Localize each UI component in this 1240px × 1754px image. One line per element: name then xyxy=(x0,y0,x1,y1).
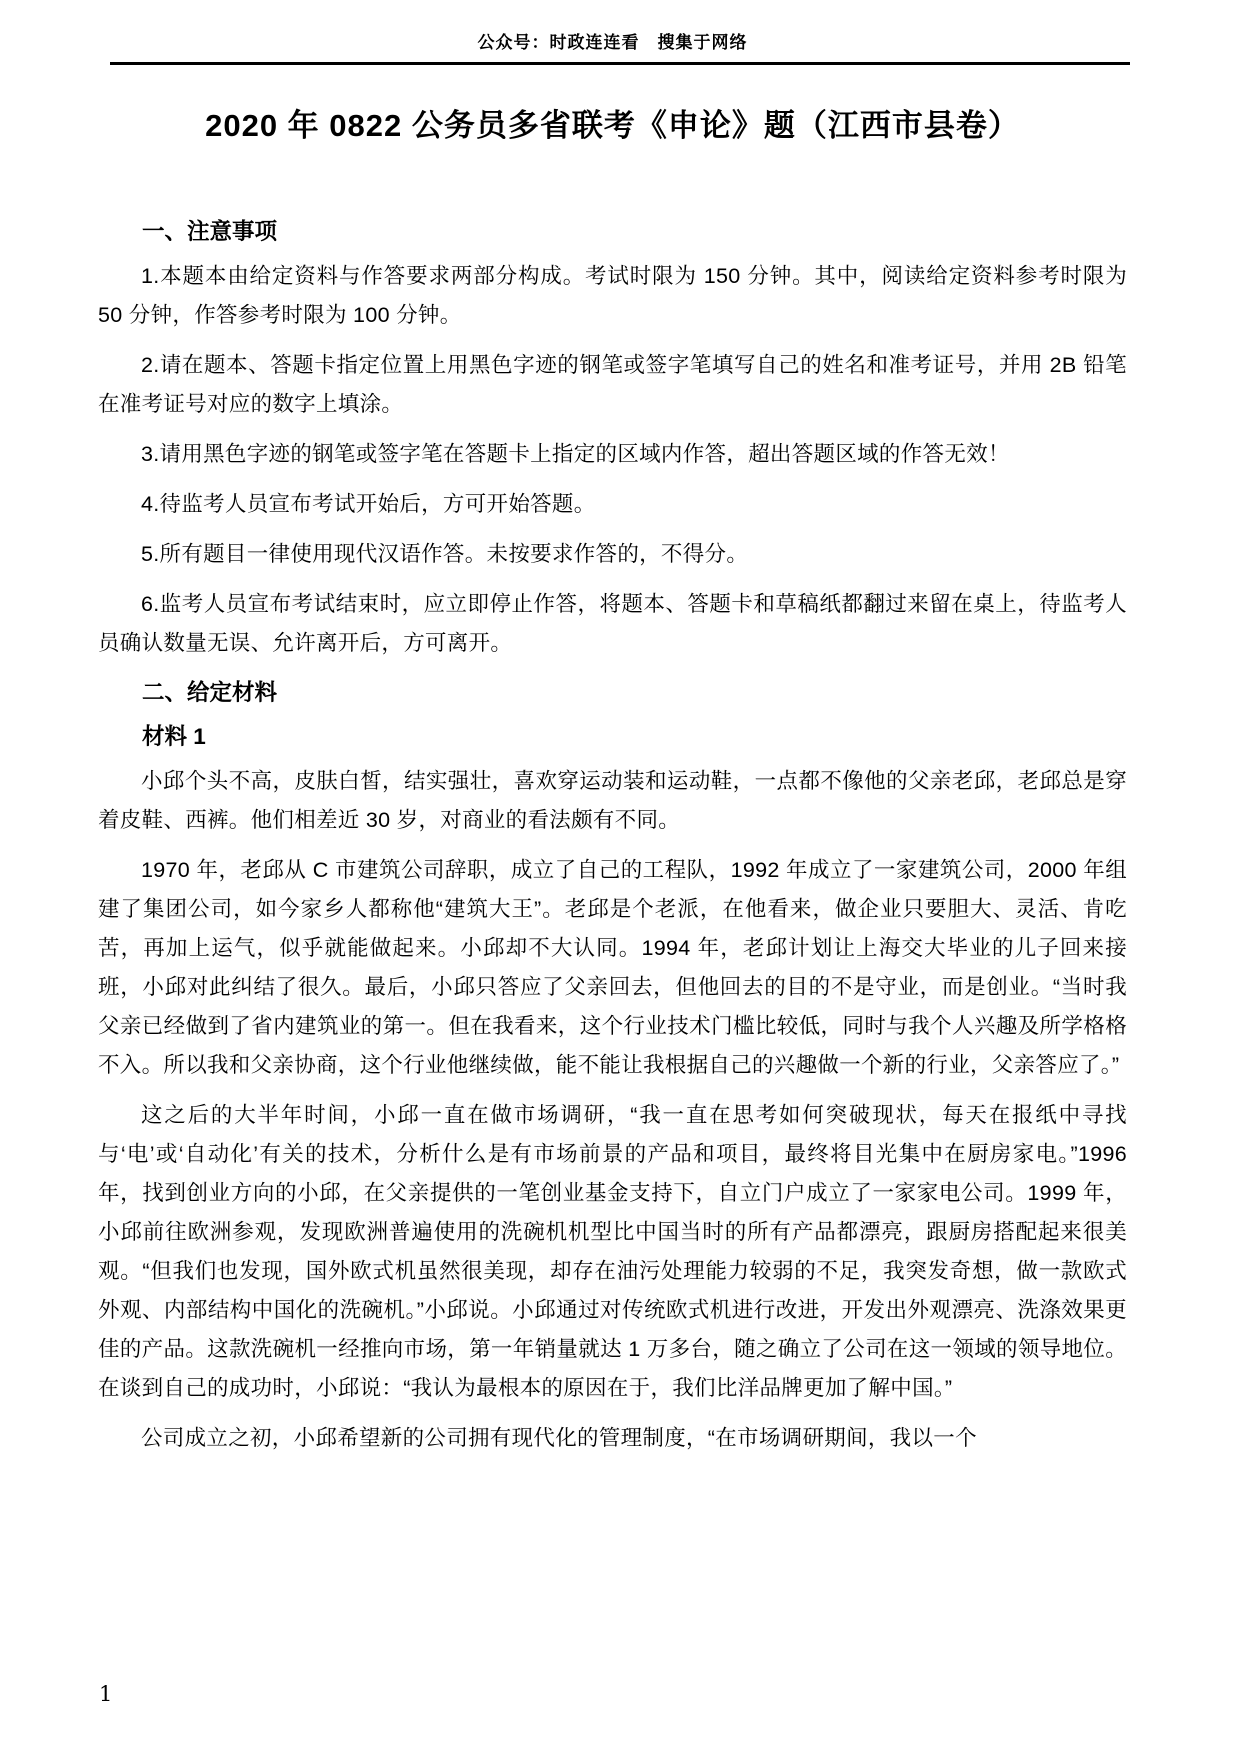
notice-item-3: 3.请用黑色字迹的钢笔或签字笔在答题卡上指定的区域内作答，超出答题区域的作答无效… xyxy=(98,435,1127,474)
notice-item-6: 6.监考人员宣布考试结束时，应立即停止作答，将题本、答题卡和草稿纸都翻过来留在桌… xyxy=(98,585,1127,663)
material-1-paragraph-3: 这之后的大半年时间，小邱一直在做市场调研，“我一直在思考如何突破现状，每天在报纸… xyxy=(98,1096,1127,1408)
document-title: 2020 年 0822 公务员多省联考《申论》题（江西市县卷） xyxy=(98,107,1127,144)
material-1-paragraph-1: 小邱个头不高，皮肤白皙，结实强壮，喜欢穿运动装和运动鞋，一点都不像他的父亲老邱，… xyxy=(98,762,1127,840)
notice-item-5: 5.所有题目一律使用现代汉语作答。未按要求作答的，不得分。 xyxy=(98,535,1127,574)
notice-item-2: 2.请在题本、答题卡指定位置上用黑色字迹的钢笔或签字笔填写自己的姓名和准考证号，… xyxy=(98,346,1127,424)
header-watermark-text: 公众号：时政连连看 搜集于网络 xyxy=(98,0,1127,53)
materials-section-heading: 二、给定材料 xyxy=(98,679,1127,707)
material-1-paragraph-2: 1970 年，老邱从 C 市建筑公司辞职，成立了自己的工程队，1992 年成立了… xyxy=(98,851,1127,1085)
document-page: 公众号：时政连连看 搜集于网络 2020 年 0822 公务员多省联考《申论》题… xyxy=(0,0,1240,1754)
notice-item-4: 4.待监考人员宣布考试开始后，方可开始答题。 xyxy=(98,485,1127,524)
material-1-heading: 材料 1 xyxy=(98,723,1127,751)
header-divider-line xyxy=(110,62,1130,65)
notice-section-heading: 一、注意事项 xyxy=(98,218,1127,246)
notice-item-1: 1.本题本由给定资料与作答要求两部分构成。考试时限为 150 分钟。其中，阅读给… xyxy=(98,257,1127,335)
page-number: 1 xyxy=(99,1682,112,1706)
material-1-paragraph-4: 公司成立之初，小邱希望新的公司拥有现代化的管理制度，“在市场调研期间，我以一个 xyxy=(98,1419,1127,1458)
